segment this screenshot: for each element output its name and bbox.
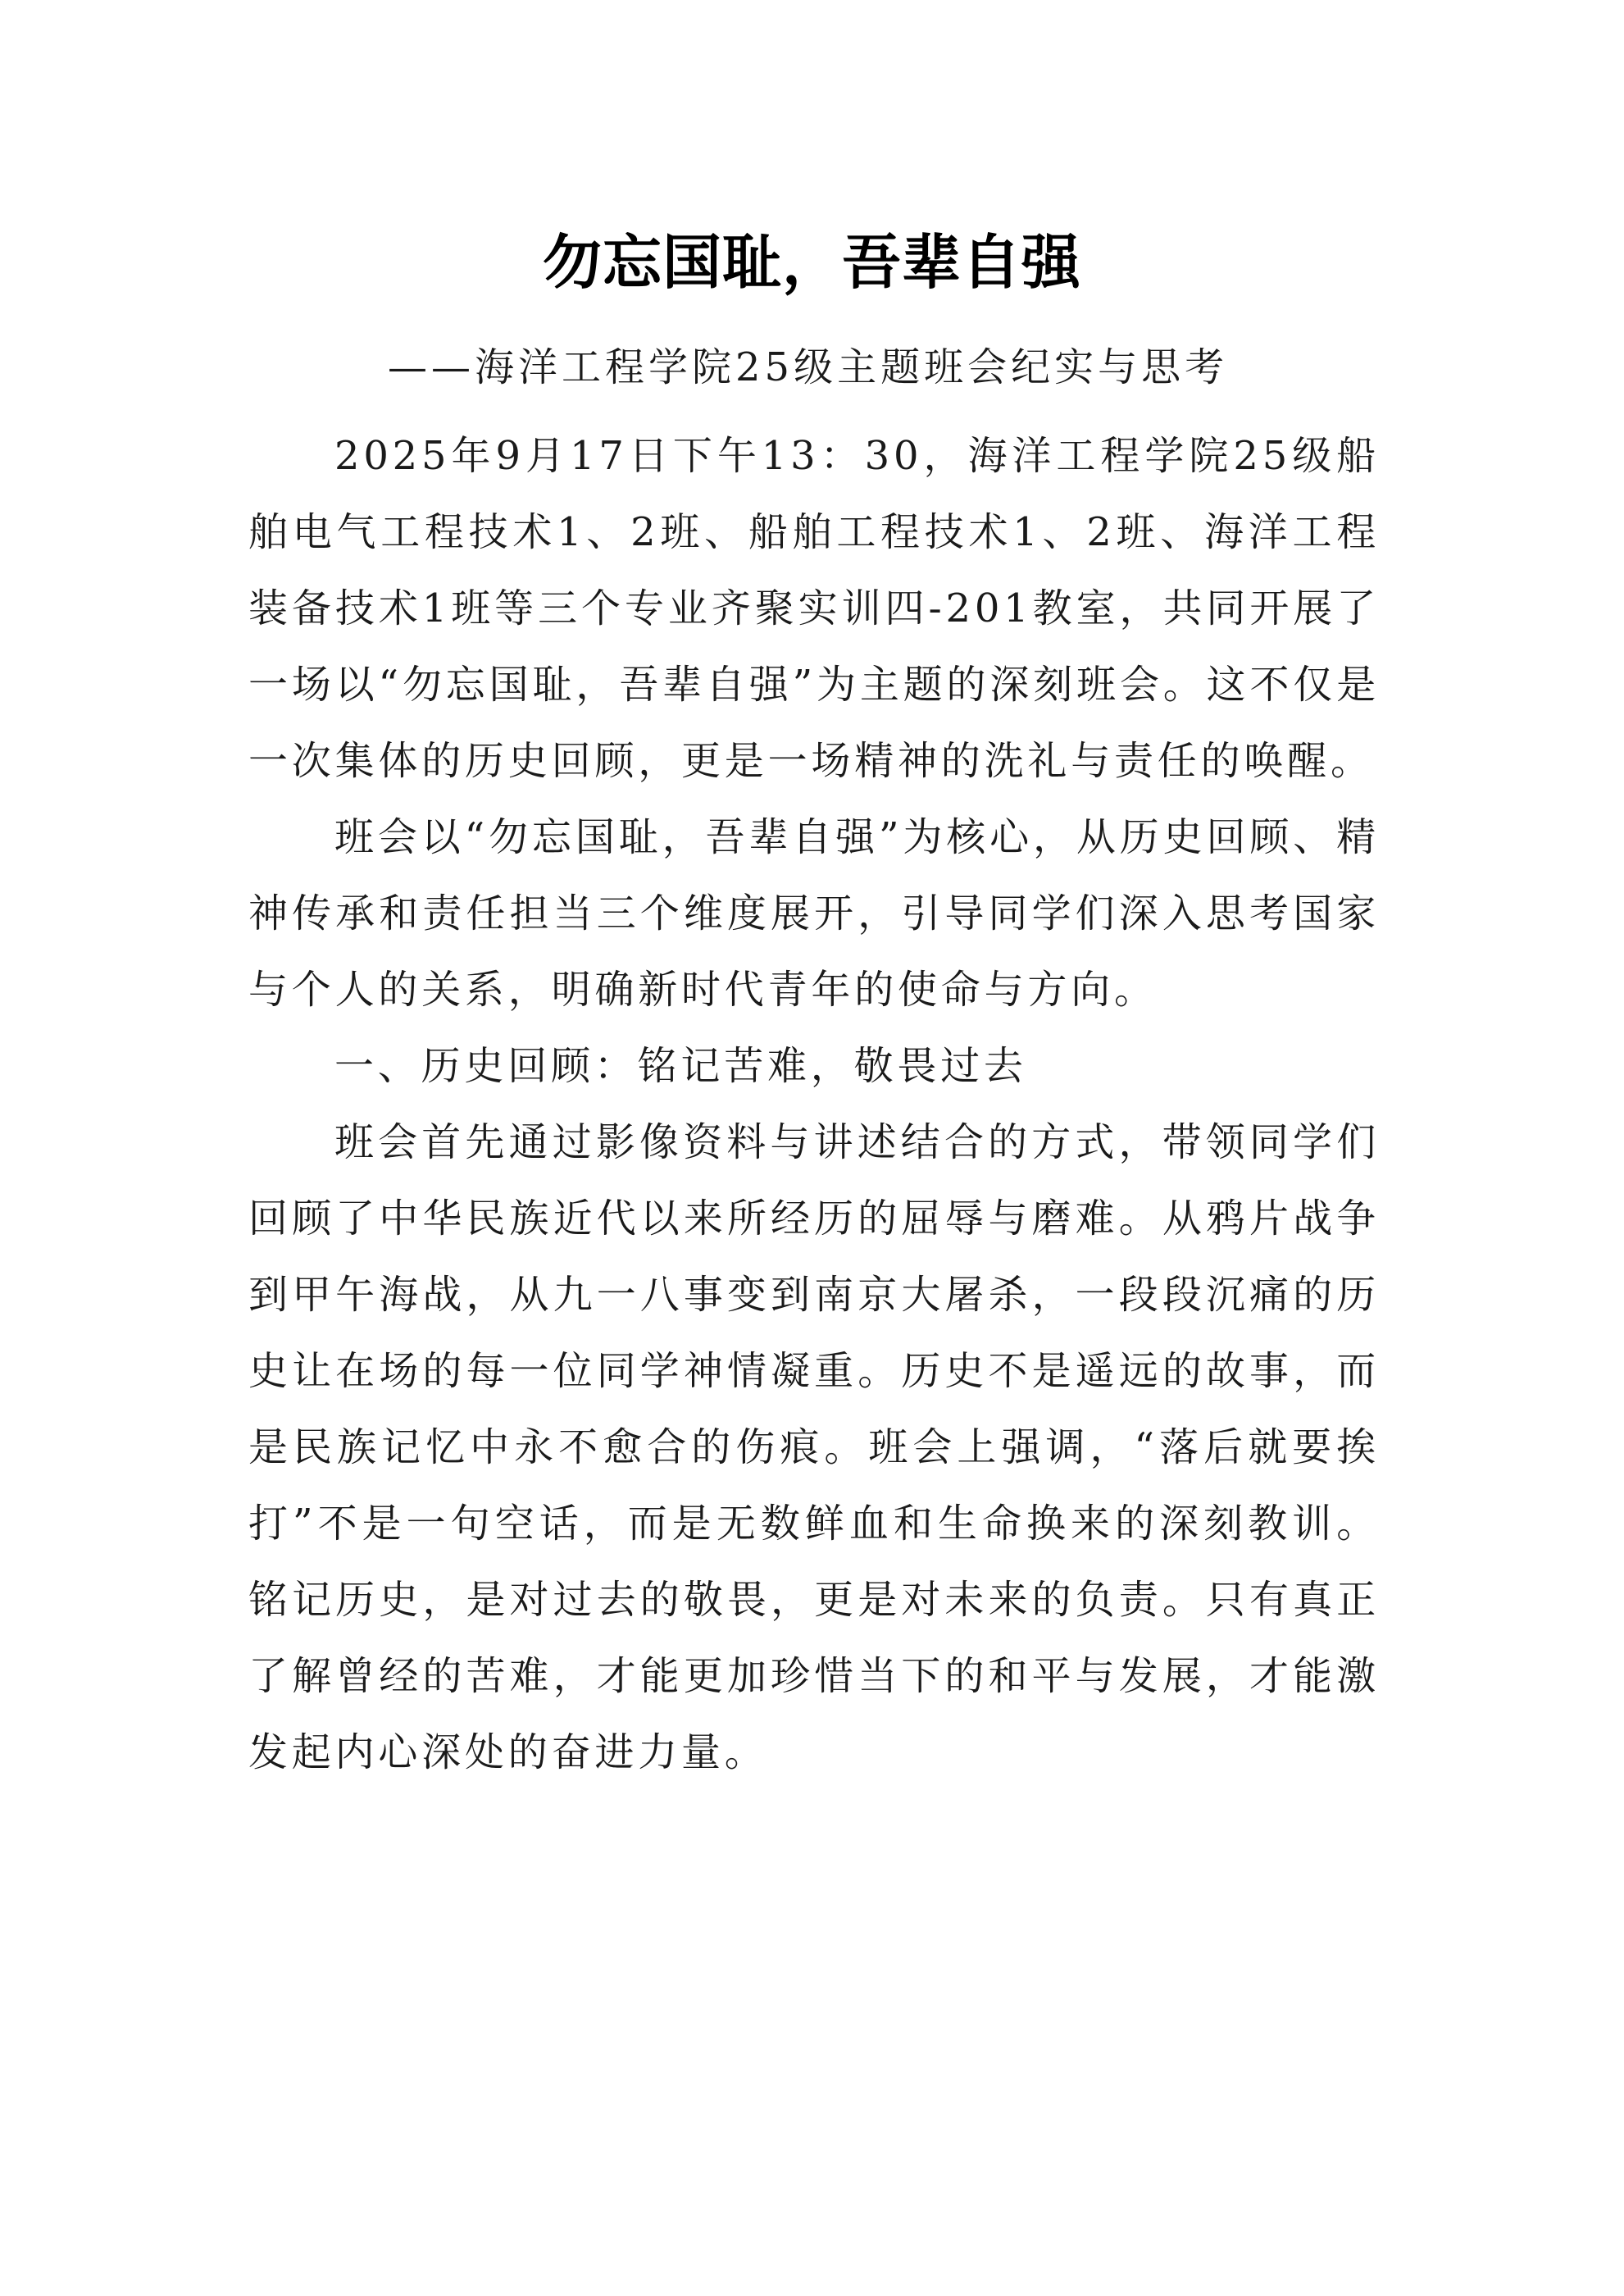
paragraph-history-review: 班会首先通过影像资料与讲述结合的方式，带领同学们回顾了中华民族近代以来所经历的屈… [248, 1105, 1380, 1791]
document-title: 勿忘国耻，吾辈自强 [0, 221, 1624, 303]
document-subtitle: ——海洋工程学院25级主题班会纪实与思考 [388, 343, 1228, 392]
paragraph-overview: 班会以“勿忘国耻，吾辈自强”为核心，从历史回顾、精神传承和责任担当三个维度展开，… [248, 799, 1380, 1028]
paragraph-intro: 2025年9月17日下午13：30，海洋工程学院25级船舶电气工程技术1、2班、… [248, 418, 1380, 799]
document-body: 2025年9月17日下午13：30，海洋工程学院25级船舶电气工程技术1、2班、… [248, 418, 1380, 1791]
section-heading-history-review: 一、历史回顾：铭记苦难，敬畏过去 [248, 1028, 1380, 1105]
document-page: 勿忘国耻，吾辈自强 ——海洋工程学院25级主题班会纪实与思考 2025年9月17… [0, 0, 1624, 2296]
